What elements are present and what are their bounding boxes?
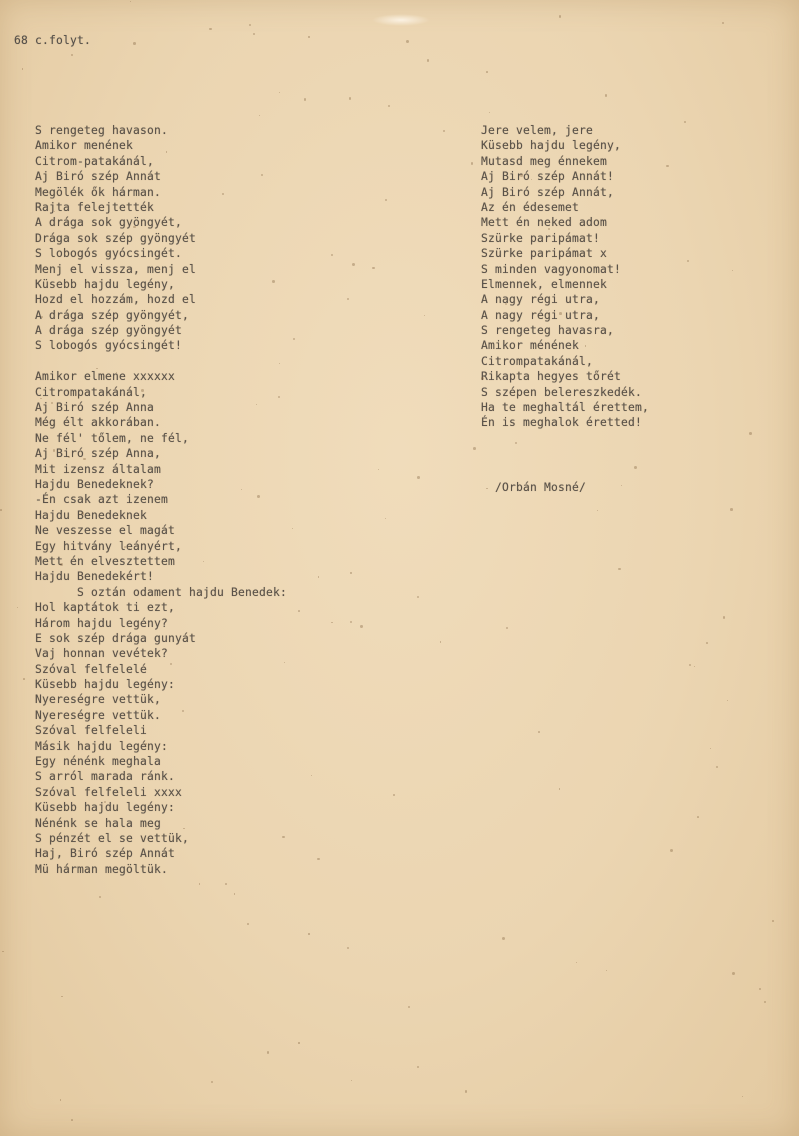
verse-line: Aj Biró szép Anna,: [35, 446, 287, 461]
verse-line: Egy hitvány leányért,: [35, 539, 287, 554]
stanza-break: [35, 354, 287, 369]
verse-line: Az én édesemet: [481, 200, 649, 215]
verse-line: Küsebb hajdu legény,: [481, 138, 649, 153]
verse-line: E sok szép drága gunyát: [35, 631, 287, 646]
verse-line: Szürke paripámat x: [481, 246, 649, 261]
verse-line: Nyereségre vettük,: [35, 692, 287, 707]
verse-line: A drága szép gyöngyét: [35, 323, 287, 338]
verse-line: S lobogós gyócsingét!: [35, 338, 287, 353]
page-header: 68 c.folyt.: [14, 33, 91, 48]
paper-tear-mark: [372, 14, 430, 26]
verse-line: A drága sok gyöngyét,: [35, 215, 287, 230]
verse-line: Aj Biró szép Annát!: [481, 169, 649, 184]
verse-line: Hajdu Benedeknek: [35, 508, 287, 523]
verse-line: A drága szép gyöngyét,: [35, 308, 287, 323]
verse-line: Küsebb hajdu legény:: [35, 677, 287, 692]
verse-line: Szóval felfeleli: [35, 723, 287, 738]
verse-line: -Én csak azt izenem: [35, 492, 287, 507]
signature: /Orbán Mosné/: [495, 480, 586, 495]
verse-line: Amikor ménének: [481, 338, 649, 353]
verse-line: Hajdu Benedeknek?: [35, 477, 287, 492]
verse-line: Hozd el hozzám, hozd el: [35, 292, 287, 307]
verse-line: Vaj honnan vevétek?: [35, 646, 287, 661]
verse-line: Mutasd meg énnekem: [481, 154, 649, 169]
verse-line: Másik hajdu legény:: [35, 739, 287, 754]
verse-line: Mett én neked adom: [481, 215, 649, 230]
verse-line: Menj el vissza, menj el: [35, 262, 287, 277]
right-column-verses: Jere velem, jereKüsebb hajdu legény,Muta…: [481, 123, 649, 431]
verse-line: Elmennek, elmennek: [481, 277, 649, 292]
verse-line: S minden vagyonomat!: [481, 262, 649, 277]
verse-line: Citrompatakánál,: [35, 385, 287, 400]
verse-line: Hajdu Benedekért!: [35, 569, 287, 584]
verse-line: Citrom-patakánál,: [35, 154, 287, 169]
verse-line: Aj Biró szép Anna: [35, 400, 287, 415]
verse-line: Mett én elvesztettem: [35, 554, 287, 569]
verse-line: S arról marada ránk.: [35, 769, 287, 784]
verse-line: S rengeteg havason.: [35, 123, 287, 138]
verse-line: Mit izensz általam: [35, 462, 287, 477]
verse-line: Citrompatakánál,: [481, 354, 649, 369]
verse-line: Nénénk se hala meg: [35, 816, 287, 831]
verse-line: A nagy régi utra,: [481, 292, 649, 307]
verse-line: Megölék ők hárman.: [35, 185, 287, 200]
verse-line: Nyereségre vettük.: [35, 708, 287, 723]
verse-line: Rikapta hegyes tőrét: [481, 369, 649, 384]
verse-line: Én is meghalok éretted!: [481, 415, 649, 430]
verse-line: Szóval felfelelé: [35, 662, 287, 677]
verse-line: S oztán odament hajdu Benedek:: [35, 585, 287, 600]
verse-line: S pénzét el se vettük,: [35, 831, 287, 846]
verse-line: Jere velem, jere: [481, 123, 649, 138]
verse-line: Hol kaptátok ti ezt,: [35, 600, 287, 615]
verse-line: Mü hárman megöltük.: [35, 862, 287, 877]
verse-line: S lobogós gyócsingét.: [35, 246, 287, 261]
verse-line: A nagy régi utra,: [481, 308, 649, 323]
verse-line: Ha te meghaltál érettem,: [481, 400, 649, 415]
verse-line: Ne veszesse el magát: [35, 523, 287, 538]
verse-line: Amikor elmene xxxxxx: [35, 369, 287, 384]
typewritten-page: 68 c.folyt. S rengeteg havason.Amikor me…: [0, 0, 799, 1136]
verse-line: Még élt akkorában.: [35, 415, 287, 430]
verse-line: Haj, Biró szép Annát: [35, 846, 287, 861]
verse-line: Küsebb hajdu legény:: [35, 800, 287, 815]
verse-line: Egy nénénk meghala: [35, 754, 287, 769]
verse-line: Drága sok szép gyöngyét: [35, 231, 287, 246]
verse-line: Amikor menének: [35, 138, 287, 153]
verse-line: S rengeteg havasra,: [481, 323, 649, 338]
verse-line: Ne fél' tőlem, ne fél,: [35, 431, 287, 446]
verse-line: Rajta felejtették: [35, 200, 287, 215]
verse-line: Aj Biró szép Annát: [35, 169, 287, 184]
verse-line: Szóval felfeleli xxxx: [35, 785, 287, 800]
left-column-verses: S rengeteg havason.Amikor menénekCitrom-…: [35, 123, 287, 877]
verse-line: Szürke paripámat!: [481, 231, 649, 246]
verse-line: Küsebb hajdu legény,: [35, 277, 287, 292]
verse-line: S szépen belereszkedék.: [481, 385, 649, 400]
verse-line: Három hajdu legény?: [35, 616, 287, 631]
verse-line: Aj Biró szép Annát,: [481, 185, 649, 200]
